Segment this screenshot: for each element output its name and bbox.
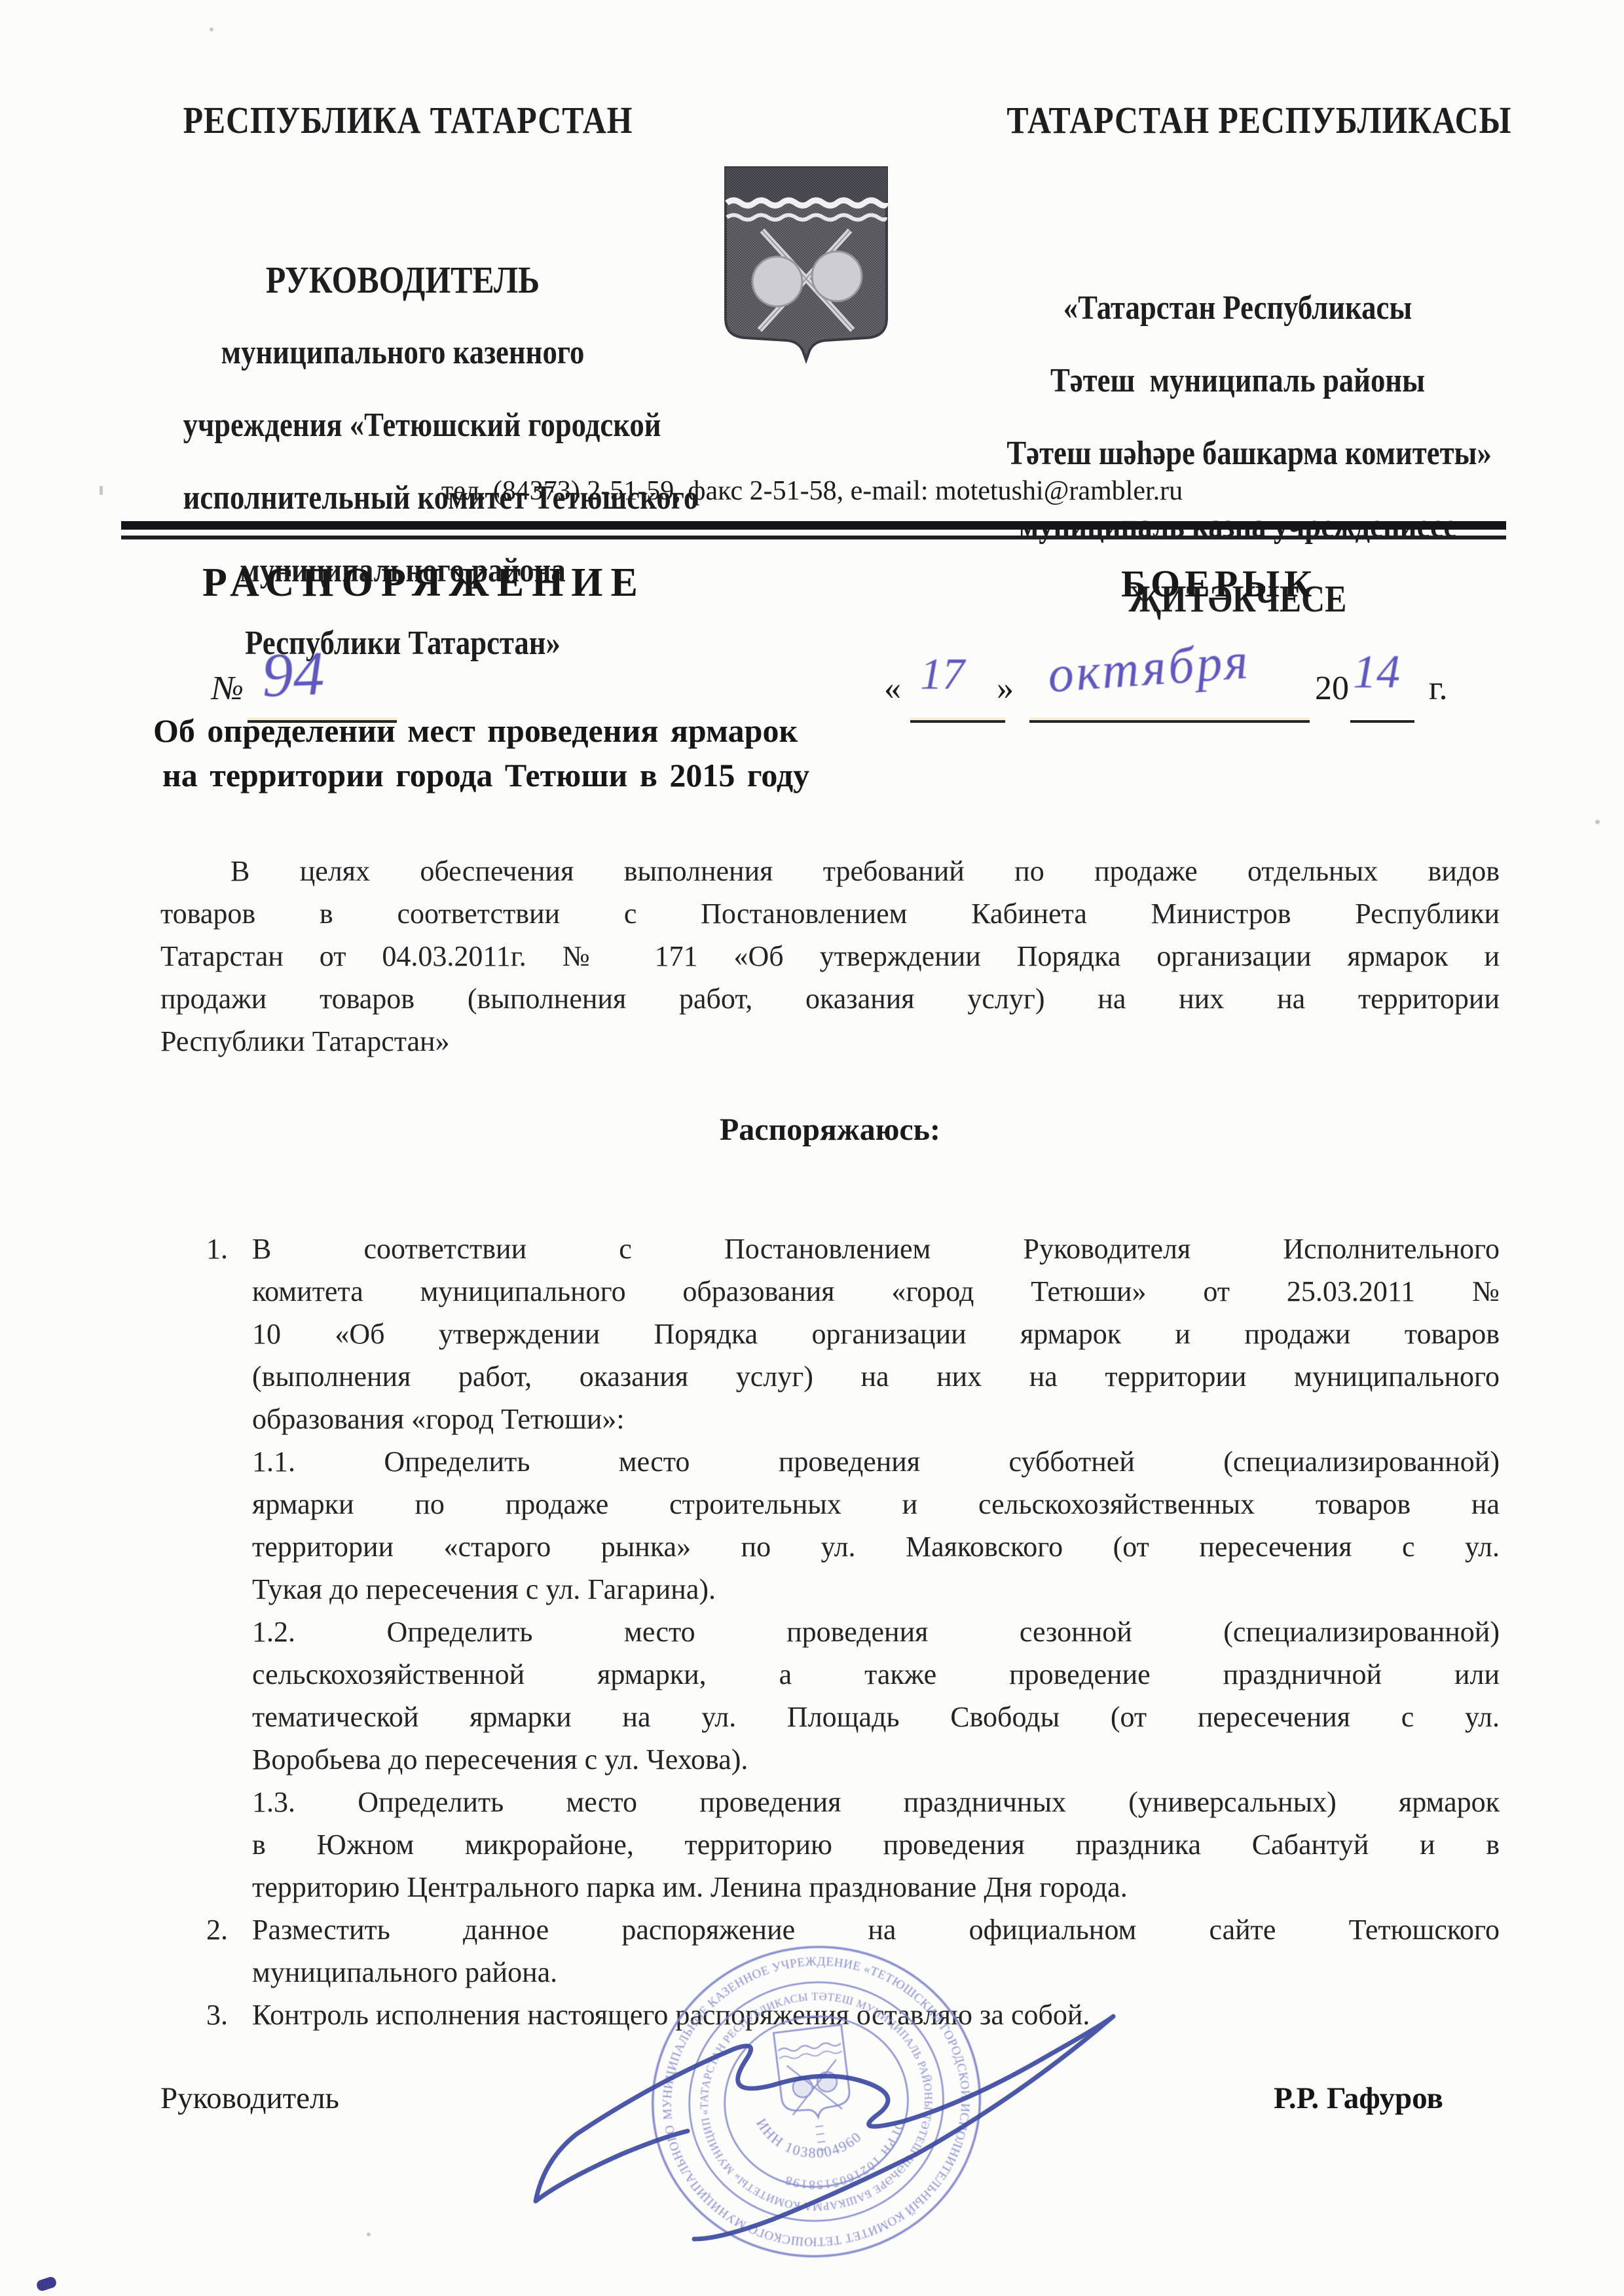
- resolve-heading: Распоряжаюсь:: [160, 1112, 1500, 1148]
- subitem-line: тематической ярмарки на ул. Площадь Своб…: [252, 1696, 1500, 1738]
- scan-speck: [210, 27, 213, 31]
- subitem-line: Воробьева до пересечения с ул. Чехова).: [252, 1738, 1500, 1781]
- list-item-text: В соответствии с Постановлением Руководи…: [252, 1228, 1500, 1440]
- subitem-line: ярмарки по продаже строительных и сельск…: [252, 1483, 1500, 1525]
- item-line: 10 «Об утверждении Порядка организации я…: [252, 1313, 1500, 1355]
- document-title-line: Об определении мест проведения ярмарок: [153, 708, 809, 753]
- scanned-decree-page: РЕСПУБЛИКА ТАТАРСТАН РУКОВОДИТЕЛЬ муници…: [0, 0, 1624, 2296]
- rule-thin: [121, 536, 1506, 539]
- signer-position: Руководитель: [160, 2081, 339, 2116]
- list-subitem-1-3: 1.3. Определить место проведения праздни…: [160, 1781, 1500, 1908]
- subitem-line: 1.2. Определить место проведения сезонно…: [252, 1611, 1500, 1653]
- date-quote-close: »: [997, 669, 1014, 708]
- document-title-line: на территории города Тетюши в 2015 году: [153, 753, 809, 797]
- subitem-line: 1.3. Определить место проведения праздни…: [252, 1781, 1500, 1823]
- emblem-disc-right: [812, 251, 862, 301]
- item-line: образования «город Тетюши»:: [252, 1398, 1500, 1440]
- preamble-line: товаров в соответствии с Постановлением …: [160, 892, 1500, 935]
- preamble-line: Татарстан от 04.03.2011г. № 171 «Об утве…: [160, 935, 1500, 977]
- scan-speck: [100, 486, 103, 495]
- shield-chief-band: [726, 168, 887, 202]
- handwritten-signature: [511, 1977, 1153, 2269]
- date-day-handwritten: 17: [920, 648, 965, 700]
- subitem-line: территорию Центрального парка им. Ленина…: [252, 1866, 1500, 1908]
- signer-name: Р.Р. Гафуров: [1274, 2081, 1443, 2116]
- subitem-line: сельскохозяйственной ярмарки, а также пр…: [252, 1653, 1500, 1696]
- scan-speck: [367, 2232, 371, 2236]
- date-year-handwritten: 14: [1353, 645, 1400, 699]
- list-item-1: 1. В соответствии с Постановлением Руков…: [160, 1228, 1500, 1440]
- letterhead-left-org: РУКОВОДИТЕЛЬ муниципального казенного уч…: [147, 244, 658, 680]
- letterhead-left-column: РЕСПУБЛИКА ТАТАРСТАН: [147, 98, 658, 142]
- order-items-list: 1. В соответствии с Постановлением Руков…: [160, 1228, 1500, 2036]
- item-line: (выполнения работ, оказания услуг) на ни…: [252, 1355, 1500, 1398]
- subitem-line: территории «старого рынка» по ул. Маяков…: [252, 1525, 1500, 1568]
- letterhead-left-line: РУКОВОДИТЕЛЬ: [183, 244, 623, 316]
- preamble-line: В целях обеспечения выполнения требовани…: [160, 850, 1500, 892]
- item-line: В соответствии с Постановлением Руководи…: [252, 1228, 1500, 1270]
- contact-line: тел. (84373) 2-51-59, факс 2-51-58, e-ma…: [0, 475, 1624, 507]
- subitem-line: в Южном микрорайоне, территорию проведен…: [252, 1823, 1500, 1866]
- date-quote-open: «: [884, 669, 901, 708]
- date-year-suffix: г.: [1429, 669, 1447, 708]
- list-item-number: 3.: [206, 1994, 228, 2036]
- list-item-number: 1.: [206, 1228, 228, 1270]
- letterhead-right-line: Тәтеш муниципаль районы: [1006, 344, 1468, 417]
- subitem-line: 1.1. Определить место проведения субботн…: [252, 1440, 1500, 1483]
- letterhead-left-line: учреждения «Тетюшский городской: [183, 389, 623, 462]
- order-number-label: №: [212, 669, 244, 708]
- letterhead-left-line: Республики Татарстан»: [183, 607, 623, 680]
- document-title: Об определении мест проведения ярмарок н…: [153, 708, 809, 797]
- letterhead-right-line: «Татарстан Республикасы: [1006, 272, 1468, 344]
- letterhead-right-country: ТАТАРСТАН РЕСПУБЛИКАСЫ: [1006, 98, 1468, 142]
- signature-icon: [511, 1977, 1153, 2265]
- subitem-line: Тукая до пересечения с ул. Гагарина).: [252, 1568, 1500, 1611]
- letterhead-left-country: РЕСПУБЛИКА ТАТАРСТАН: [183, 98, 623, 142]
- list-item-number: 2.: [206, 1908, 228, 1951]
- list-subitem-1-2: 1.2. Определить место проведения сезонно…: [160, 1611, 1500, 1781]
- letterhead-left-line: муниципального казенного: [183, 316, 623, 389]
- preamble-paragraph: В целях обеспечения выполнения требовани…: [160, 850, 1500, 1063]
- date-year-underline: [1350, 720, 1414, 723]
- coat-of-arms-icon: [722, 165, 891, 369]
- emblem-disc-left: [752, 257, 802, 306]
- scan-speck: [1595, 820, 1600, 824]
- ink-blot-artifact: [35, 2276, 58, 2292]
- order-type-ru: РАСПОРЯЖЕНИЕ: [202, 560, 646, 606]
- item-line: комитета муниципального образования «гор…: [252, 1270, 1500, 1313]
- order-number-handwritten: 94: [261, 637, 325, 711]
- preamble-line: Республики Татарстан»: [160, 1020, 1500, 1063]
- list-subitem-1-1: 1.1. Определить место проведения субботн…: [160, 1440, 1500, 1611]
- date-month-handwritten: октября: [1046, 631, 1252, 704]
- preamble-line: продажи товаров (выполнения работ, оказа…: [160, 977, 1500, 1020]
- date-month-underline: [1029, 720, 1310, 723]
- date-day-underline: [910, 720, 1005, 723]
- double-rule: [121, 521, 1506, 539]
- coat-of-arms-tetyushi: [722, 165, 891, 373]
- letterhead-right-column: ТАТАРСТАН РЕСПУБЛИКАСЫ: [969, 98, 1506, 142]
- rule-thick: [121, 521, 1506, 530]
- order-type-tt: БОЕРЫК: [1121, 562, 1316, 606]
- date-year-printed: 20: [1315, 669, 1349, 708]
